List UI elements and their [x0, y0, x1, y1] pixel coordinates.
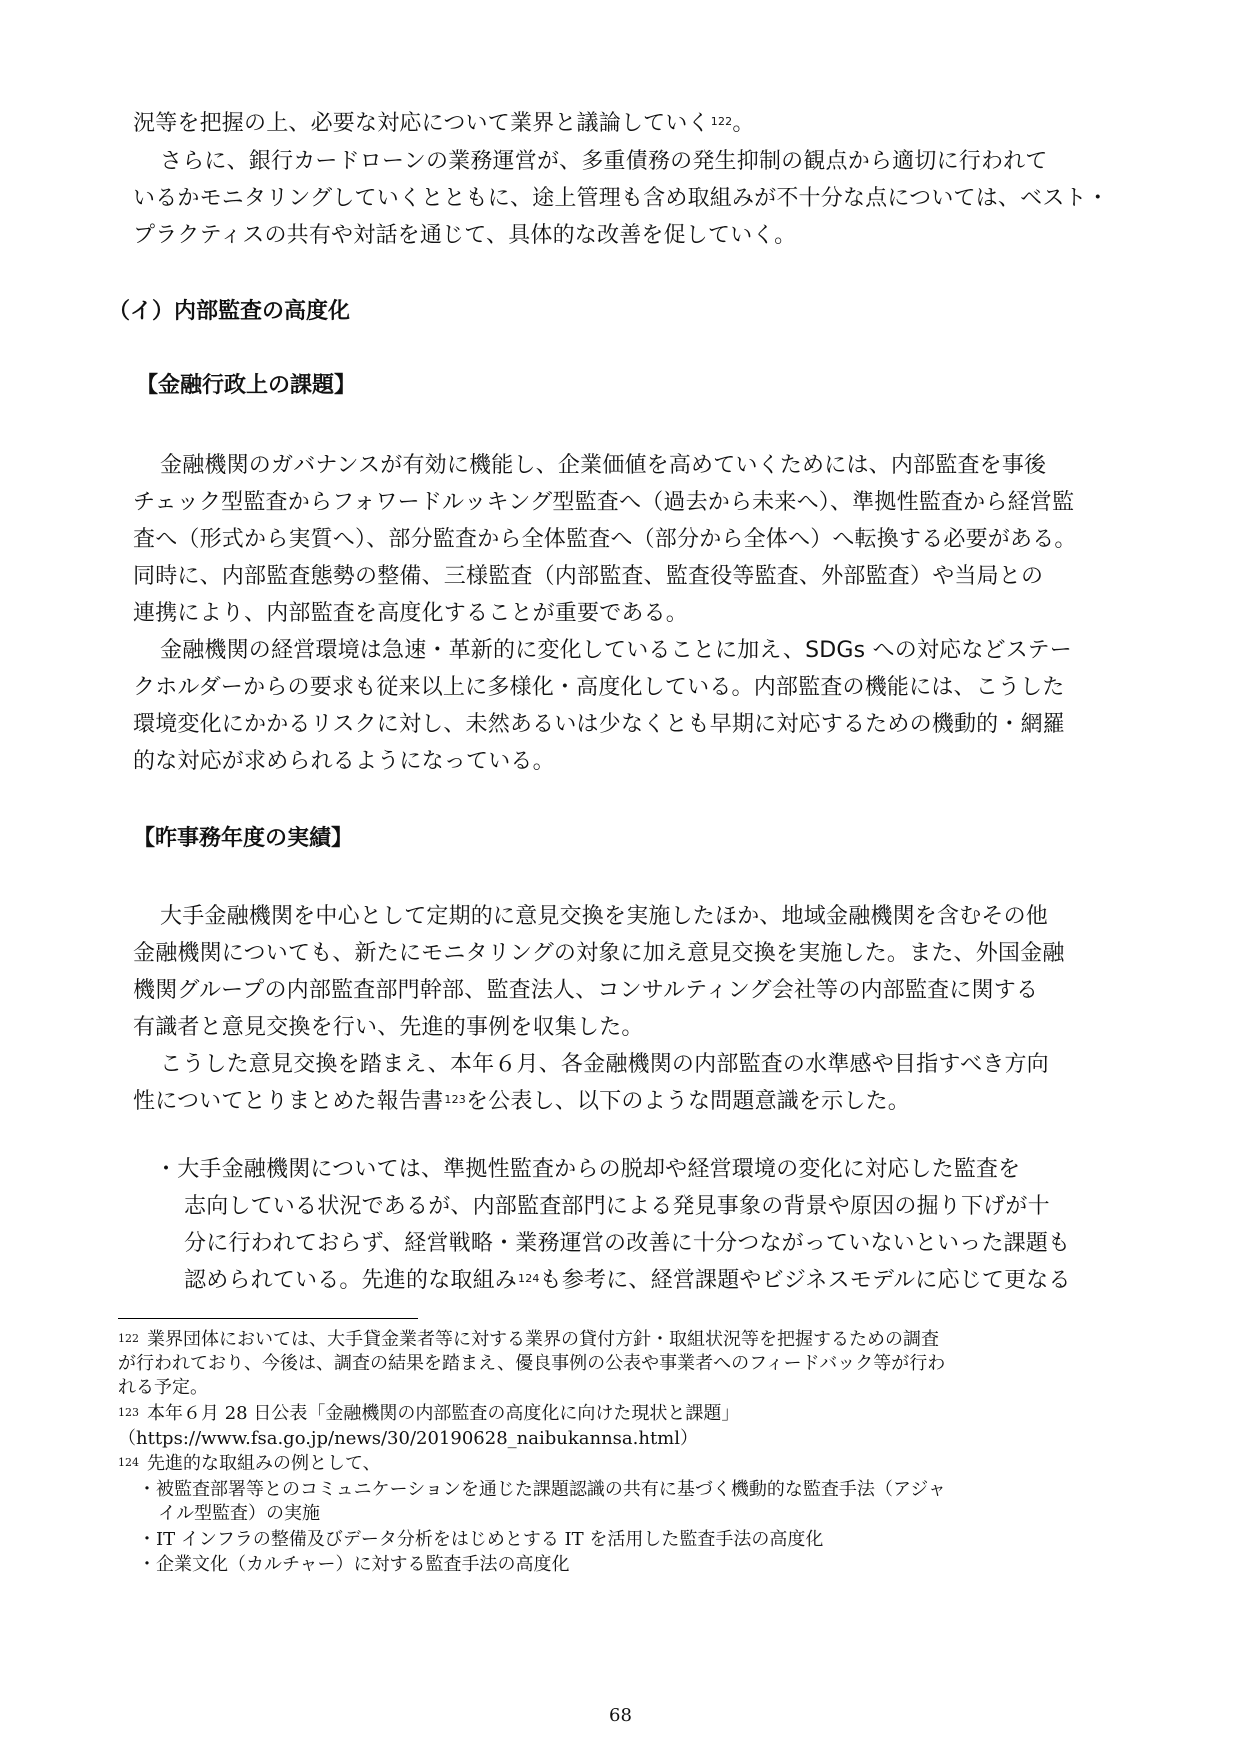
footnote-number: 124 [118, 1456, 139, 1469]
bullet-continuation: 志向している状況であるが、内部監査部門による発見事象の背景や原因の掘り下げが十 [184, 1191, 1050, 1223]
footnote-ref-124[interactable]: 124 [518, 1272, 540, 1285]
footnote-list-item-continuation: イル型監査）の実施 [158, 1502, 320, 1526]
text-span: 。 [732, 111, 754, 136]
body-line: 有識者と意見交換を行い、先進的事例を収集した。 [133, 1012, 644, 1044]
text-span: 大手金融機関については、準拠性監査からの脱却や経営環境の変化に対応した監査を [177, 1157, 1020, 1182]
bullet-continuation: 分に行われておらず、経営戦略・業務運営の改善に十分つながっていないといった課題も [184, 1228, 1070, 1260]
footnote-ref-122[interactable]: 122 [711, 115, 733, 128]
footnote-124: 124先進的な取組みの例として、 [118, 1452, 381, 1476]
body-line: 同時に、内部監査態勢の整備、三様監査（内部監査、監査役等監査、外部監査）や当局と… [133, 561, 1043, 593]
footnote-ref-123[interactable]: 123 [444, 1093, 466, 1106]
footnote-list-item: ・被監査部署等とのコミュニケーションを通じた課題認識の共有に基づく機動的な監査手… [138, 1478, 946, 1502]
body-line: こうした意見交換を踏まえ、本年６月、各金融機関の内部監査の水準感や目指すべき方向 [160, 1049, 1049, 1081]
subsection-heading-results: 【昨事務年度の実績】 [133, 823, 353, 855]
body-line: チェック型監査からフォワードルッキング型監査へ（過去から未来へ）、準拠性監査から… [133, 487, 1074, 519]
text-span: 況等を把握の上、必要な対応について業界と議論していく [133, 111, 710, 136]
footnote-list-item: ・IT インフラの整備及びデータ分析をはじめとする IT を活用した監査手法の高… [138, 1528, 823, 1552]
bullet-marker: ・ [155, 1157, 177, 1182]
text-span: を公表し、以下のような問題意識を示した。 [466, 1089, 910, 1114]
body-line: 金融機関についても、新たにモニタリングの対象に加え意見交換を実施した。また、外国… [133, 938, 1065, 970]
footnote-url-link[interactable]: （https://www.fsa.go.jp/news/30/20190628_… [118, 1427, 698, 1451]
footnote-number: 123 [118, 1406, 139, 1419]
body-line: 環境変化にかかるリスクに対し、未然あるいは少なくとも早期に対応するための機動的・… [133, 709, 1065, 741]
footnote-number: 122 [118, 1332, 139, 1345]
subsection-heading-issues: 【金融行政上の課題】 [136, 370, 356, 402]
footnote-list-item: ・企業文化（カルチャー）に対する監査手法の高度化 [138, 1553, 569, 1577]
bullet-item: ・大手金融機関については、準拠性監査からの脱却や経営環境の変化に対応した監査を [155, 1154, 1020, 1186]
footnote-122: 122業界団体においては、大手貸金業者等に対する業界の貸付方針・取組状況等を把握… [118, 1328, 939, 1352]
footnote-line: が行われており、今後は、調査の結果を踏まえ、優良事例の公表や事業者へのフィードバ… [118, 1352, 945, 1376]
footnote-123: 123本年６月 28 日公表「金融機関の内部監査の高度化に向けた現状と課題」 [118, 1402, 739, 1426]
footnote-separator [118, 1318, 418, 1319]
body-line: 連携により、内部監査を高度化することが重要である。 [133, 598, 688, 630]
text-span: 性についてとりまとめた報告書 [133, 1089, 443, 1114]
footnote-text: 本年６月 28 日公表「金融機関の内部監査の高度化に向けた現状と課題」 [147, 1403, 739, 1424]
body-line: 性についてとりまとめた報告書123を公表し、以下のような問題意識を示した。 [133, 1086, 910, 1118]
body-line: 大手金融機関を中心として定期的に意見交換を実施したほか、地域金融機関を含むその他 [160, 901, 1048, 933]
body-line: 金融機関のガバナンスが有効に機能し、企業価値を高めていくためには、内部監査を事後 [160, 450, 1046, 482]
section-title: （イ）内部監査の高度化 [108, 296, 350, 328]
body-line: 機関グループの内部監査部門幹部、監査法人、コンサルティング会社等の内部監査に関す… [133, 975, 1038, 1007]
bullet-continuation: 認められている。先進的な取組み124も参考に、経営課題やビジネスモデルに応じて更… [184, 1265, 1071, 1297]
document-page: 況等を把握の上、必要な対応について業界と議論していく122。 さらに、銀行カード… [0, 0, 1241, 1754]
footnote-text: 先進的な取組みの例として、 [147, 1453, 381, 1474]
text-span: も参考に、経営課題やビジネスモデルに応じて更なる [540, 1268, 1071, 1293]
footnote-line: れる予定。 [118, 1376, 208, 1400]
body-line: 的な対応が求められるようになっている。 [133, 746, 555, 778]
body-line: いるかモニタリングしていくとともに、途上管理も含め取組みが不十分な点については、… [133, 183, 1109, 215]
page-number: 68 [0, 1705, 1241, 1726]
body-line: さらに、銀行カードローンの業務運営が、多重債務の発生抑制の観点から適切に行われて [160, 146, 1048, 178]
body-line: 査へ（形式から実質へ）、部分監査から全体監査へ（部分から全体へ）へ転換する必要が… [133, 524, 1077, 556]
body-line: 金融機関の経営環境は急速・革新的に変化していることに加え、SDGs への対応など… [160, 635, 1072, 667]
body-line: プラクティスの共有や対話を通じて、具体的な改善を促していく。 [133, 220, 796, 252]
body-line: 況等を把握の上、必要な対応について業界と議論していく122。 [133, 108, 755, 140]
footnote-text: 業界団体においては、大手貸金業者等に対する業界の貸付方針・取組状況等を把握するた… [147, 1329, 939, 1350]
body-line: クホルダーからの要求も従来以上に多様化・高度化している。内部監査の機能には、こう… [133, 672, 1065, 704]
text-span: 認められている。先進的な取組み [184, 1268, 517, 1293]
